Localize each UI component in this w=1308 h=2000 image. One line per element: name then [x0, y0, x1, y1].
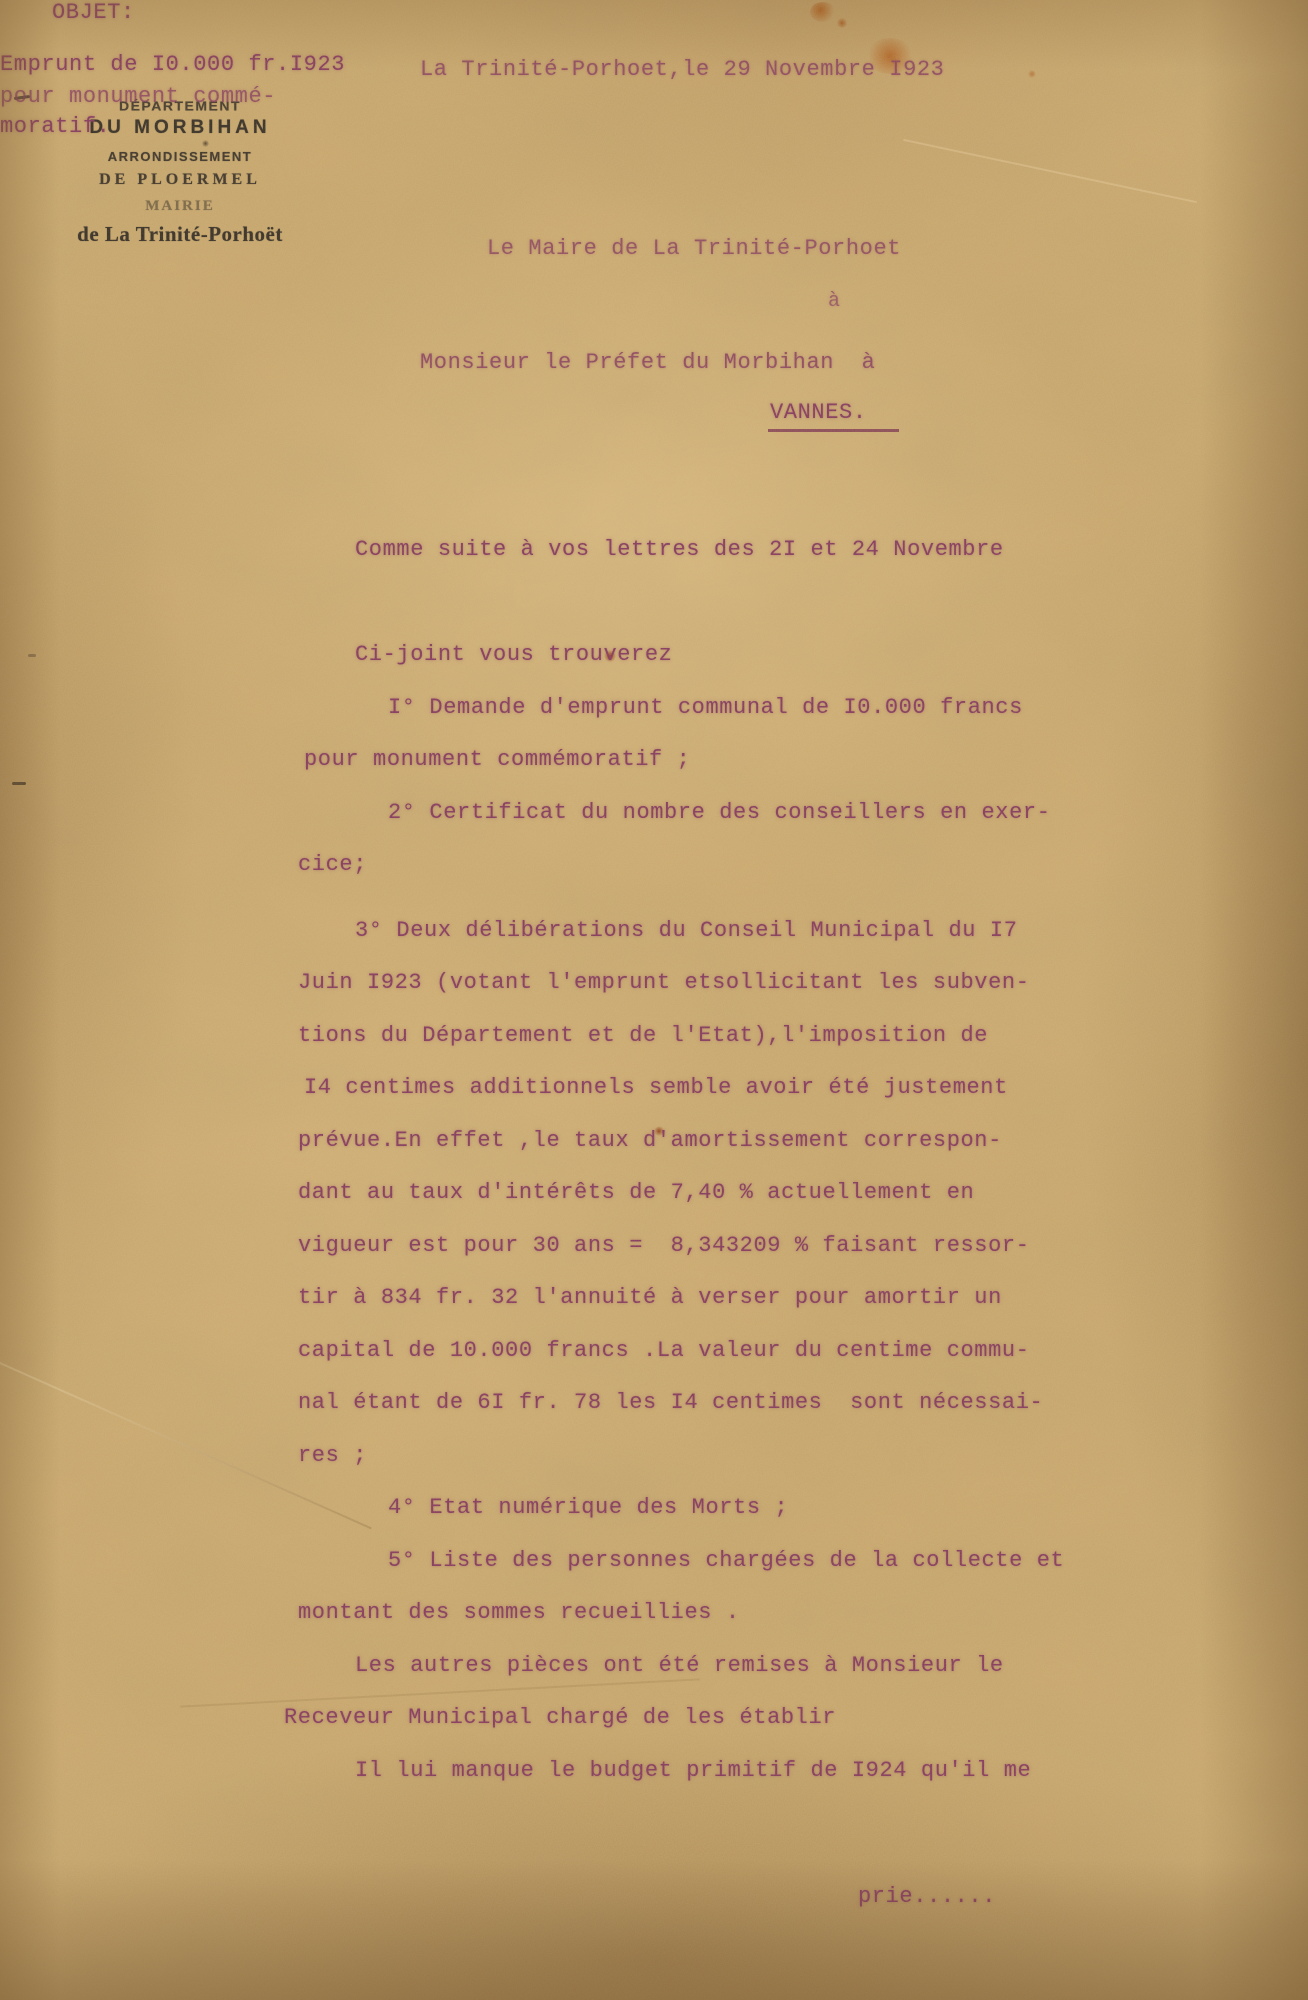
paper-crease [903, 139, 1197, 203]
body-line: dant au taux d'intérêts de 7,40 % actuel… [298, 1178, 1078, 1231]
letterhead-commune: de La Trinité-Porhoët [68, 222, 292, 247]
body-line: Receveur Municipal chargé de les établir [284, 1703, 1078, 1756]
body-line: cice; [298, 850, 1078, 903]
body-line: res ; [298, 1441, 1078, 1494]
body-text: Comme suite à vos lettres des 2I et 24 N… [298, 535, 1078, 1808]
body-line: 4° Etat numérique des Morts ; [388, 1493, 1078, 1546]
body-line: Comme suite à vos lettres des 2I et 24 N… [355, 535, 1078, 588]
body-line: Il lui manque le budget primitif de I924… [355, 1756, 1078, 1809]
objet-line: Emprunt de I0.000 fr.I923 [0, 52, 345, 77]
objet-line: pour monument commé- [0, 84, 276, 109]
body-line: 3° Deux délibérations du Conseil Municip… [355, 916, 1078, 969]
body-line: prévue.En effet ,le taux d'amortissement… [298, 1126, 1078, 1179]
letterhead-mairie: MAIRIE [68, 198, 292, 215]
body-line: Les autres pièces ont été remises à Mons… [355, 1651, 1078, 1704]
closing-line: prie...... [858, 1884, 996, 1909]
rust-stain [810, 2, 836, 22]
body-line: vigueur est pour 30 ans = 8,343209 % fai… [298, 1231, 1078, 1284]
body-line: 5° Liste des personnes chargées de la co… [388, 1546, 1078, 1599]
objet-line: moratif. [0, 114, 110, 139]
recipient-line: Monsieur le Préfet du Morbihan à [420, 350, 875, 375]
body-line: Juin I923 (votant l'emprunt etsollicitan… [298, 968, 1078, 1021]
body-line [298, 588, 1078, 641]
body-line: tions du Département et de l'Etat),l'imp… [298, 1021, 1078, 1074]
margin-dash-mark [12, 782, 26, 785]
rust-stain [836, 18, 848, 28]
body-line: I4 centimes additionnels semble avoir ét… [304, 1073, 1078, 1126]
letterhead-de-ploermel: DE PLOERMEL [68, 171, 292, 189]
body-line: pour monument commémoratif ; [304, 745, 1078, 798]
objet-label: OBJET: [52, 0, 135, 25]
body-line: tir à 834 fr. 32 l'annuité à verser pour… [298, 1283, 1078, 1336]
body-line: 2° Certificat du nombre des conseillers … [388, 798, 1078, 851]
body-line: nal étant de 6I fr. 78 les I4 centimes s… [298, 1388, 1078, 1441]
body-line: montant des sommes recueillies . [298, 1598, 1078, 1651]
body-line: capital de 10.000 francs .La valeur du c… [298, 1336, 1078, 1389]
letterhead-arrondissement: ARRONDISSEMENT [68, 149, 292, 164]
sender-line: Le Maire de La Trinité-Porhoet [487, 236, 901, 261]
letter-page: DÉPARTEMENT DU MORBIHAN ARRONDISSEMENT D… [0, 0, 1308, 2000]
body-line: I° Demande d'emprunt communal de I0.000 … [388, 693, 1078, 746]
city-underlined: VANNES. [768, 400, 899, 432]
city-line: VANNES. [768, 400, 899, 432]
margin-dash-mark [28, 654, 36, 657]
dateline: La Trinité-Porhoet,le 29 Novembre I923 [420, 57, 944, 82]
body-line: Ci-joint vous trouverez [355, 640, 1078, 693]
particle-a: à [828, 290, 841, 313]
rust-speck [1028, 70, 1036, 78]
